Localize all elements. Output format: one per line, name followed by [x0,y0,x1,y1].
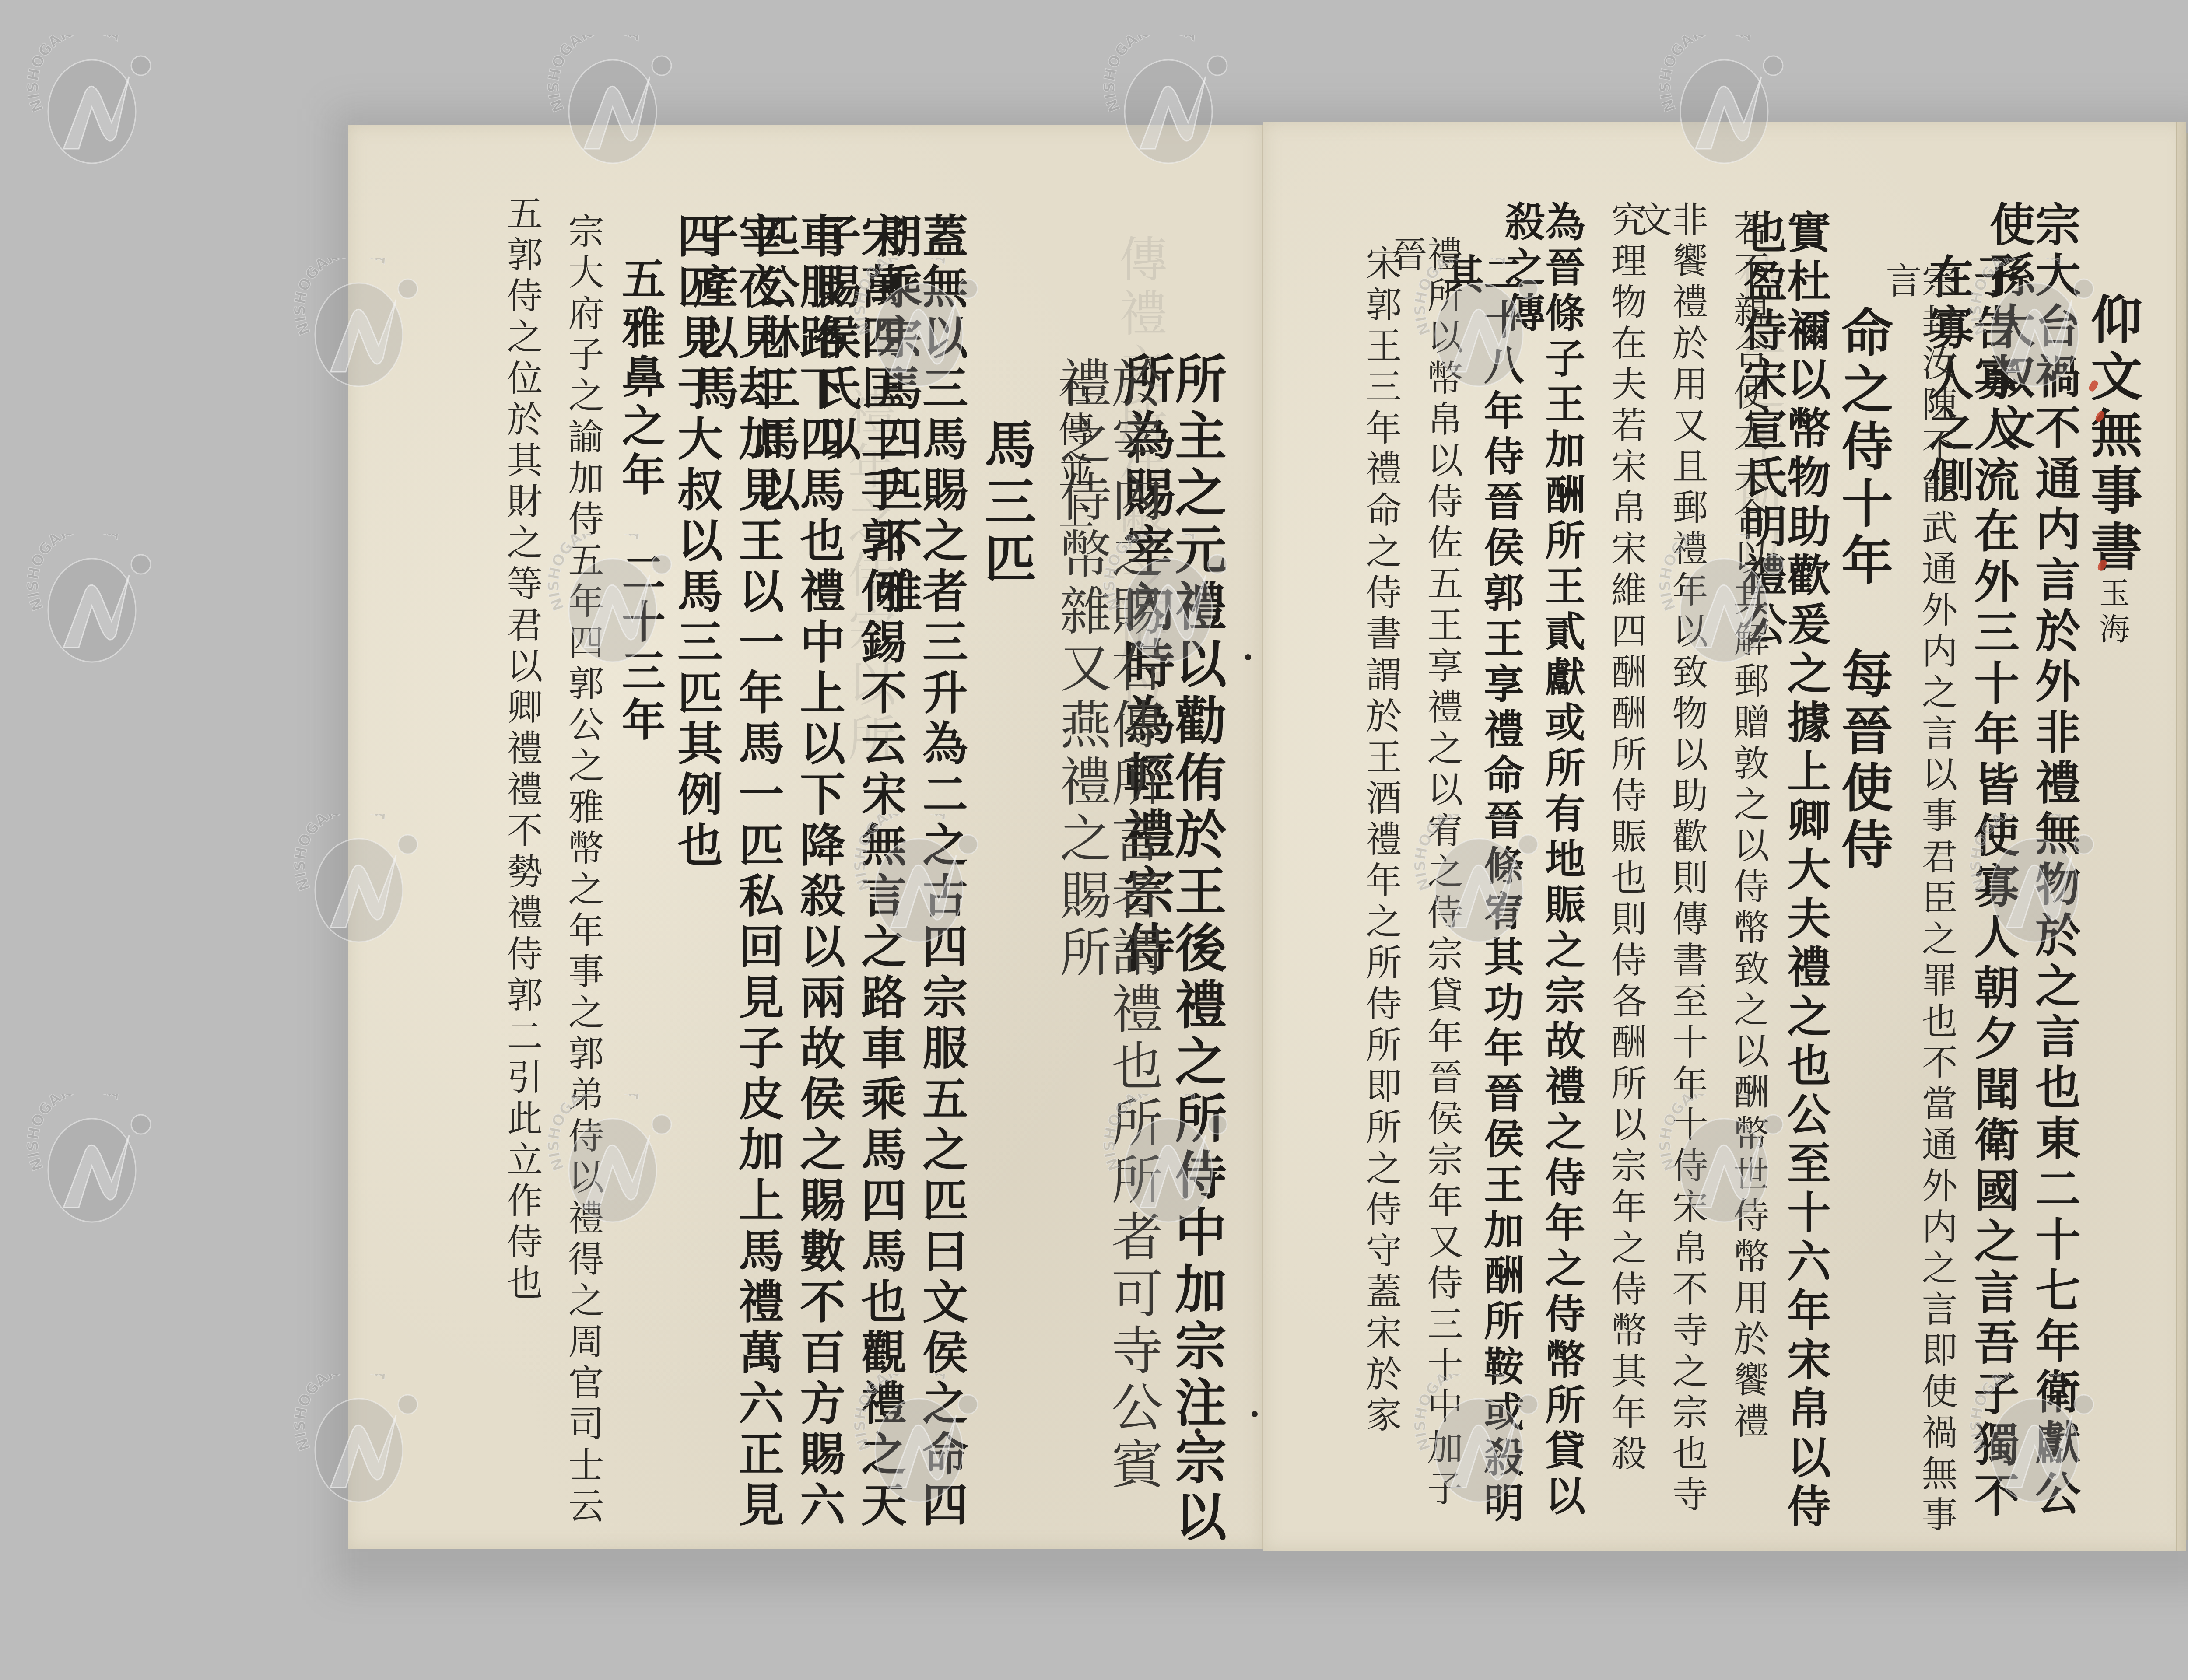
left-page-columns: 所主之元禮以勸侑於王後禮之所侍中加宗注宗以所為賜宰內時為輕禮宗侍 於宰內之賜右傳… [348,125,1262,1549]
watermark-logo-icon: NISHOGAKUSHA [26,1094,158,1225]
watermark-logo-icon: NISHOGAKUSHA [26,534,158,665]
right-column-12: 宋郭王三年禮命之侍書謂於王酒禮年之所侍所即所之侍守蓋宋於家 [1363,245,1399,1437]
svg-text:NISHOGAKUSHA: NISHOGAKUSHA [547,35,645,114]
left-page: 傳禮之所侍幣之所以 禮年之侍宗以所 所主之元禮以勸侑於王後禮之所侍中加宗注宗以所… [348,125,1263,1549]
watermark-logo-icon: NISHOGAKUSHA [26,35,158,166]
svg-text:NISHOGAKUSHA: NISHOGAKUSHA [1659,35,1756,114]
svg-text:NISHOGAKUSHA: NISHOGAKUSHA [26,35,124,114]
right-column-6: 若不親合使大夫合以其解郵贈敦之以侍幣致之以酬幣世侍幣用於饗禮 [1730,210,1766,1443]
svg-text:NISHOGAKUSHA: NISHOGAKUSHA [26,1094,124,1173]
nishogakusha-watermark-logo: NISHOGAKUSHA [26,1094,158,1225]
right-page: 侍禮之年所以 仰文無事書玉海 宗大台禍不通内言於外非禮無物於之言也東二十七年衛獻… [1263,122,2186,1550]
page-title: 仰文無事書玉海 [2086,293,2138,649]
nishogakusha-watermark-logo: NISHOGAKUSHA [26,534,158,665]
section-heading-horses: 馬三匹 [980,418,1032,588]
right-page-columns: 仰文無事書玉海 宗大台禍不通内言於外非禮無物於之言也東二十七年衛獻公使孫大叔文 … [1263,122,2186,1550]
nishogakusha-watermark-logo: NISHOGAKUSHA [26,35,158,166]
svg-text:NISHOGAKUSHA: NISHOGAKUSHA [1103,35,1200,114]
wormhole [1245,654,1251,660]
right-column-8: 究理物在夫若宋帛宋維四酬酬所侍賑也則侍各酬所以宗年之侍幣其年殺 [1608,201,1644,1476]
left-column-10: 五雅鼻之年 二十三年 [618,256,662,746]
left-column-2: 於宰內之賜右傳所言者謂禮也所所者可寺公賓禮之侍幣雜又燕禮之賜所 [1055,357,1159,1549]
svg-text:NISHOGAKUSHA: NISHOGAKUSHA [26,534,124,613]
left-column-12: 五郭侍之位於其財之等君以卿禮禮不勢禮侍郭二引此立作侍也 [504,195,540,1305]
left-column-9: 四匹見于大叔以馬三匹其例也 [673,212,719,872]
left-column-11: 宗大府子之諭加侍五年四郭公之雅幣之年事之郭弟侍以禮得之周官司士云 [565,212,601,1528]
title-text: 仰文無事書 [2082,293,2143,577]
left-column-3: 右傳並上 [1055,370,1091,534]
wormhole [1252,1411,1258,1417]
wormhole [1195,1428,1201,1435]
right-column-4: 命之侍十年 每晉使侍 [1837,306,1889,875]
title-annotation: 玉海 [2094,577,2130,649]
open-book: 傳禮之所侍幣之所以 禮年之侍宗以所 所主之元禮以勸侑於王後禮之所侍中加宗注宗以所… [348,125,2186,1549]
